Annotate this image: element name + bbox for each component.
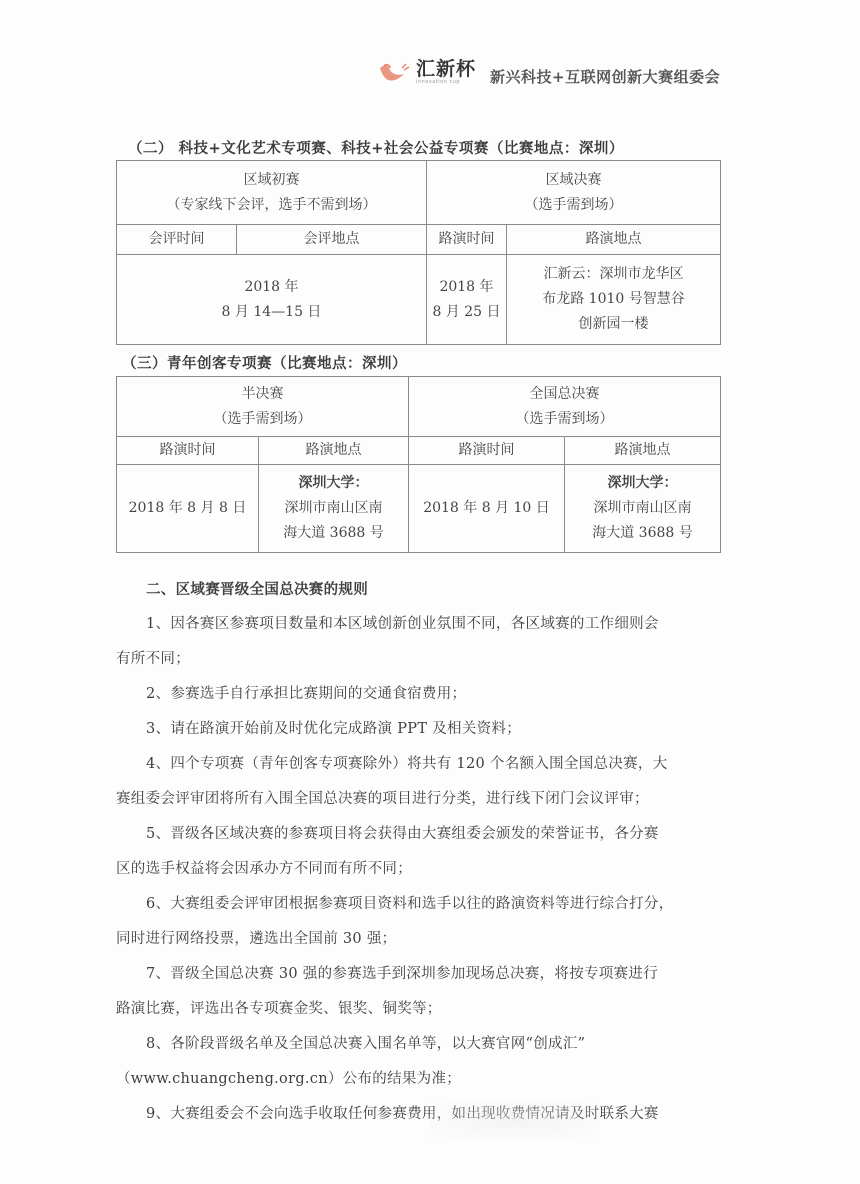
roadshow-date-cell: 2018 年 8 月 25 日	[427, 255, 507, 345]
column-header: 路演时间	[427, 225, 507, 255]
organizer-name: 新兴科技+互联网创新大赛组委会	[490, 66, 720, 87]
column-header: 路演地点	[565, 437, 721, 465]
rule-item-8-line1: 8、各阶段晋级名单及全国总决赛入围名单等，以大赛官网“创成汇”	[116, 1027, 736, 1062]
section-2-title: （二） 科技+文化艺术专项赛、科技+社会公益专项赛（比赛地点：深圳）	[128, 137, 624, 158]
rule-item-4-line2: 赛组委会评审团将所有入围全国总决赛的项目进行分类，进行线下闭门会议评审；	[116, 782, 736, 817]
rule-item-5-line2: 区的选手权益将会因承办方不同而有所不同；	[116, 852, 736, 887]
section-2-schedule-table: 区域初赛 （专家线下会评，选手不需到场） 区域决赛 （选手需到场） 会评时间 会…	[116, 160, 721, 345]
rule-item-9-line1: 9、大赛组委会不会向选手收取任何参赛费用，如出现收费情况请及时联系大赛	[116, 1097, 736, 1132]
document-page: 汇新杯 innovation cup 新兴科技+互联网创新大赛组委会 （二） 科…	[0, 0, 860, 1184]
rule-item-6-line1: 6、大赛组委会评审团根据参赛项目资料和选手以往的路演资料等进行综合打分，	[116, 887, 736, 922]
table-row: 2018 年 8 月 14—15 日 2018 年 8 月 25 日 汇新云：深…	[117, 255, 721, 345]
bird-logo-icon	[378, 60, 412, 84]
rule-item-2: 2、参赛选手自行承担比赛期间的交通食宿费用；	[116, 677, 736, 712]
column-header: 会评时间	[117, 225, 237, 255]
semifinal-header: 半决赛 （选手需到场）	[117, 377, 409, 437]
column-header: 路演时间	[117, 437, 259, 465]
regional-preliminary-header: 区域初赛 （专家线下会评，选手不需到场）	[117, 161, 427, 225]
scan-smudge	[430, 1100, 600, 1140]
final-date-cell: 2018 年 8 月 10 日	[409, 465, 565, 553]
logo: 汇新杯 innovation cup	[378, 59, 476, 85]
column-header: 会评地点	[237, 225, 427, 255]
rule-item-5-line1: 5、晋级各区域决赛的参赛项目将会获得由大赛组委会颁发的荣誉证书，各分赛	[116, 817, 736, 852]
table-row: 2018 年 8 月 8 日 深圳大学： 深圳市南山区南 海大道 3688 号 …	[117, 465, 721, 553]
table-header-group-row: 区域初赛 （专家线下会评，选手不需到场） 区域决赛 （选手需到场）	[117, 161, 721, 225]
roadshow-place-cell: 汇新云：深圳市龙华区 布龙路 1010 号智慧谷 创新园一楼	[507, 255, 721, 345]
table-column-header-row: 路演时间 路演地点 路演时间 路演地点	[117, 437, 721, 465]
semifinal-date-cell: 2018 年 8 月 8 日	[117, 465, 259, 553]
review-date-cell: 2018 年 8 月 14—15 日	[117, 255, 427, 345]
final-place-cell: 深圳大学： 深圳市南山区南 海大道 3688 号	[565, 465, 721, 553]
section-3-schedule-table: 半决赛 （选手需到场） 全国总决赛 （选手需到场） 路演时间 路演地点 路演时间…	[116, 376, 721, 553]
rule-item-1-line2: 有所不同；	[116, 642, 736, 677]
table-header-group-row: 半决赛 （选手需到场） 全国总决赛 （选手需到场）	[117, 377, 721, 437]
rule-item-4-line1: 4、四个专项赛（青年创客专项赛除外）将共有 120 个名额入围全国总决赛，大	[116, 747, 736, 782]
rule-item-3: 3、请在路演开始前及时优化完成路演 PPT 及相关资料；	[116, 712, 736, 747]
rule-item-6-line2: 同时进行网络投票，遴选出全国前 30 强；	[116, 922, 736, 957]
logo-text: 汇新杯	[416, 59, 476, 79]
letterhead: 汇新杯 innovation cup 新兴科技+互联网创新大赛组委会	[378, 52, 720, 92]
column-header: 路演时间	[409, 437, 565, 465]
national-final-header: 全国总决赛 （选手需到场）	[409, 377, 721, 437]
rule-item-1-line1: 1、因各赛区参赛项目数量和本区域创新创业氛围不同，各区域赛的工作细则会	[116, 607, 736, 642]
rule-item-7-line1: 7、晋级全国总决赛 30 强的参赛选手到深圳参加现场总决赛，将按专项赛进行	[116, 957, 736, 992]
column-header: 路演地点	[259, 437, 409, 465]
table-column-header-row: 会评时间 会评地点 路演时间 路演地点	[117, 225, 721, 255]
logo-subtext: innovation cup	[416, 79, 460, 85]
column-header: 路演地点	[507, 225, 721, 255]
rules-heading: 二、区域赛晋级全国总决赛的规则	[116, 572, 736, 607]
regional-final-header: 区域决赛 （选手需到场）	[427, 161, 721, 225]
rules-section: 二、区域赛晋级全国总决赛的规则 1、因各赛区参赛项目数量和本区域创新创业氛围不同…	[116, 572, 736, 1132]
rule-item-7-line2: 路演比赛，评选出各专项赛金奖、银奖、铜奖等；	[116, 992, 736, 1027]
section-3-title: （三）青年创客专项赛（比赛地点：深圳）	[122, 352, 407, 373]
semifinal-place-cell: 深圳大学： 深圳市南山区南 海大道 3688 号	[259, 465, 409, 553]
rule-item-8-line2: （www.chuangcheng.org.cn）公布的结果为准；	[116, 1062, 736, 1097]
